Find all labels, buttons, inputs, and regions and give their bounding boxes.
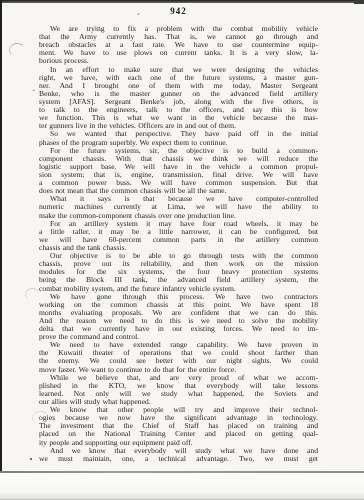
scanned-page: 942 We are trying to fix a problem with … xyxy=(0,0,364,500)
text-line: We need to have extended range capabilit… xyxy=(39,341,318,349)
text-line: that the Army currently has. That is, we… xyxy=(39,33,318,41)
scan-left-edge xyxy=(0,0,2,472)
text-line: modules for the six systems, the four he… xyxy=(39,268,318,276)
text-line: make the common-component chassis over o… xyxy=(39,212,318,220)
text-line: months evaluating proposals. We are conf… xyxy=(39,309,318,317)
text-line: placed on the National Training Center a… xyxy=(39,430,318,438)
text-line: The investment that the Chief of Staff h… xyxy=(39,422,318,430)
scan-corner-shadow xyxy=(354,0,364,4)
text-line: While we believe that, and are very prou… xyxy=(39,374,318,382)
text-line: For an artillery system it may have four… xyxy=(39,220,318,228)
text-line: prove the command and control. xyxy=(39,333,318,341)
text-line: the Kuwaiti theater of operations that w… xyxy=(39,349,318,357)
text-line: And the reason we need to do this is we … xyxy=(39,317,318,325)
text-line: working on the common chassis at this po… xyxy=(39,301,318,309)
scanner-background xyxy=(0,473,364,500)
text-line: component chassis. With that chassis we … xyxy=(39,155,318,163)
text-line: learned. Not only will we study what hap… xyxy=(39,390,318,398)
text-line: we will have 60-percent common parts in … xyxy=(39,236,318,244)
page-text: We are trying to fix a problem with the … xyxy=(39,25,318,463)
text-line: our allies will study what happened. xyxy=(39,398,318,406)
text-line: ment. We have to use plows on current ta… xyxy=(39,49,318,57)
text-line: We are trying to fix a problem with the … xyxy=(39,25,318,33)
text-line: a little taller, it may be a little narr… xyxy=(39,228,318,236)
text-line: What it says is that because we have com… xyxy=(39,195,318,203)
text-line: borious process. xyxy=(39,57,318,65)
text-line: breach obstacles at a fast rate. We have… xyxy=(39,41,318,49)
text-line: Our objective is to be able to go throug… xyxy=(39,252,318,260)
text-line: And we know that everybody will study wh… xyxy=(39,447,318,455)
text-line: numeric machines currently at Lima, we w… xyxy=(39,203,318,211)
text-line: In an effort to make sure that we were d… xyxy=(39,66,318,74)
text-line: the enemy. We could see better with our … xyxy=(39,357,318,365)
text-line: combat mobility system, and the future i… xyxy=(39,285,318,293)
text-line: sion system; that is, engine, transmissi… xyxy=(39,171,318,179)
text-line: chassis and the tank chassis. xyxy=(39,244,318,252)
text-line: ity people and supporting our equipment … xyxy=(39,439,318,447)
text-line: we function. This is what we want in the… xyxy=(39,114,318,122)
text-line: we must maintain, one, a technical advan… xyxy=(39,455,318,463)
punch-hole-artifact xyxy=(9,43,25,57)
text-line: plished in the KTO, we know that everybo… xyxy=(39,382,318,390)
text-line: ter gunners live in the vehicles. Office… xyxy=(39,122,318,130)
text-line: a common power buss. We will have common… xyxy=(39,179,318,187)
scan-speck xyxy=(33,90,35,91)
text-line: right, we have, with each one of the fut… xyxy=(39,74,318,82)
text-line: move faster. We want to continue to do t… xyxy=(39,366,318,374)
text-line: ner. And I brought one of them with me t… xyxy=(39,82,318,90)
text-line: system [AFAS]. Sergeant Benke's job, alo… xyxy=(39,98,318,106)
text-line: delta that we currently have in our exis… xyxy=(39,325,318,333)
scan-speck xyxy=(30,458,32,460)
text-line: chassis, prove out its reliability, and … xyxy=(39,260,318,268)
text-line: We know that other people will try and i… xyxy=(39,406,318,414)
page-number: 942 xyxy=(39,6,318,16)
text-line: phases of the program superbly. We expec… xyxy=(39,139,318,147)
text-line: ogies because we now have the significan… xyxy=(39,414,318,422)
text-line: For the future systems, sir, the objecti… xyxy=(39,147,318,155)
text-line: does not mean that the common chassis wi… xyxy=(39,187,318,195)
text-line: being the Block III tank, the advanced f… xyxy=(39,276,318,284)
text-line: to talk to the engineers, talk to the of… xyxy=(39,106,318,114)
text-line: Benke, who is the master gunner on the a… xyxy=(39,90,318,98)
punch-hole-artifact xyxy=(25,288,40,301)
text-line: We have gone through this process. We ha… xyxy=(39,293,318,301)
scan-top-edge xyxy=(0,0,364,3)
text-line: So we wanted that perspective. They have… xyxy=(39,130,318,138)
text-line: logistic support base. We will have in t… xyxy=(39,163,318,171)
